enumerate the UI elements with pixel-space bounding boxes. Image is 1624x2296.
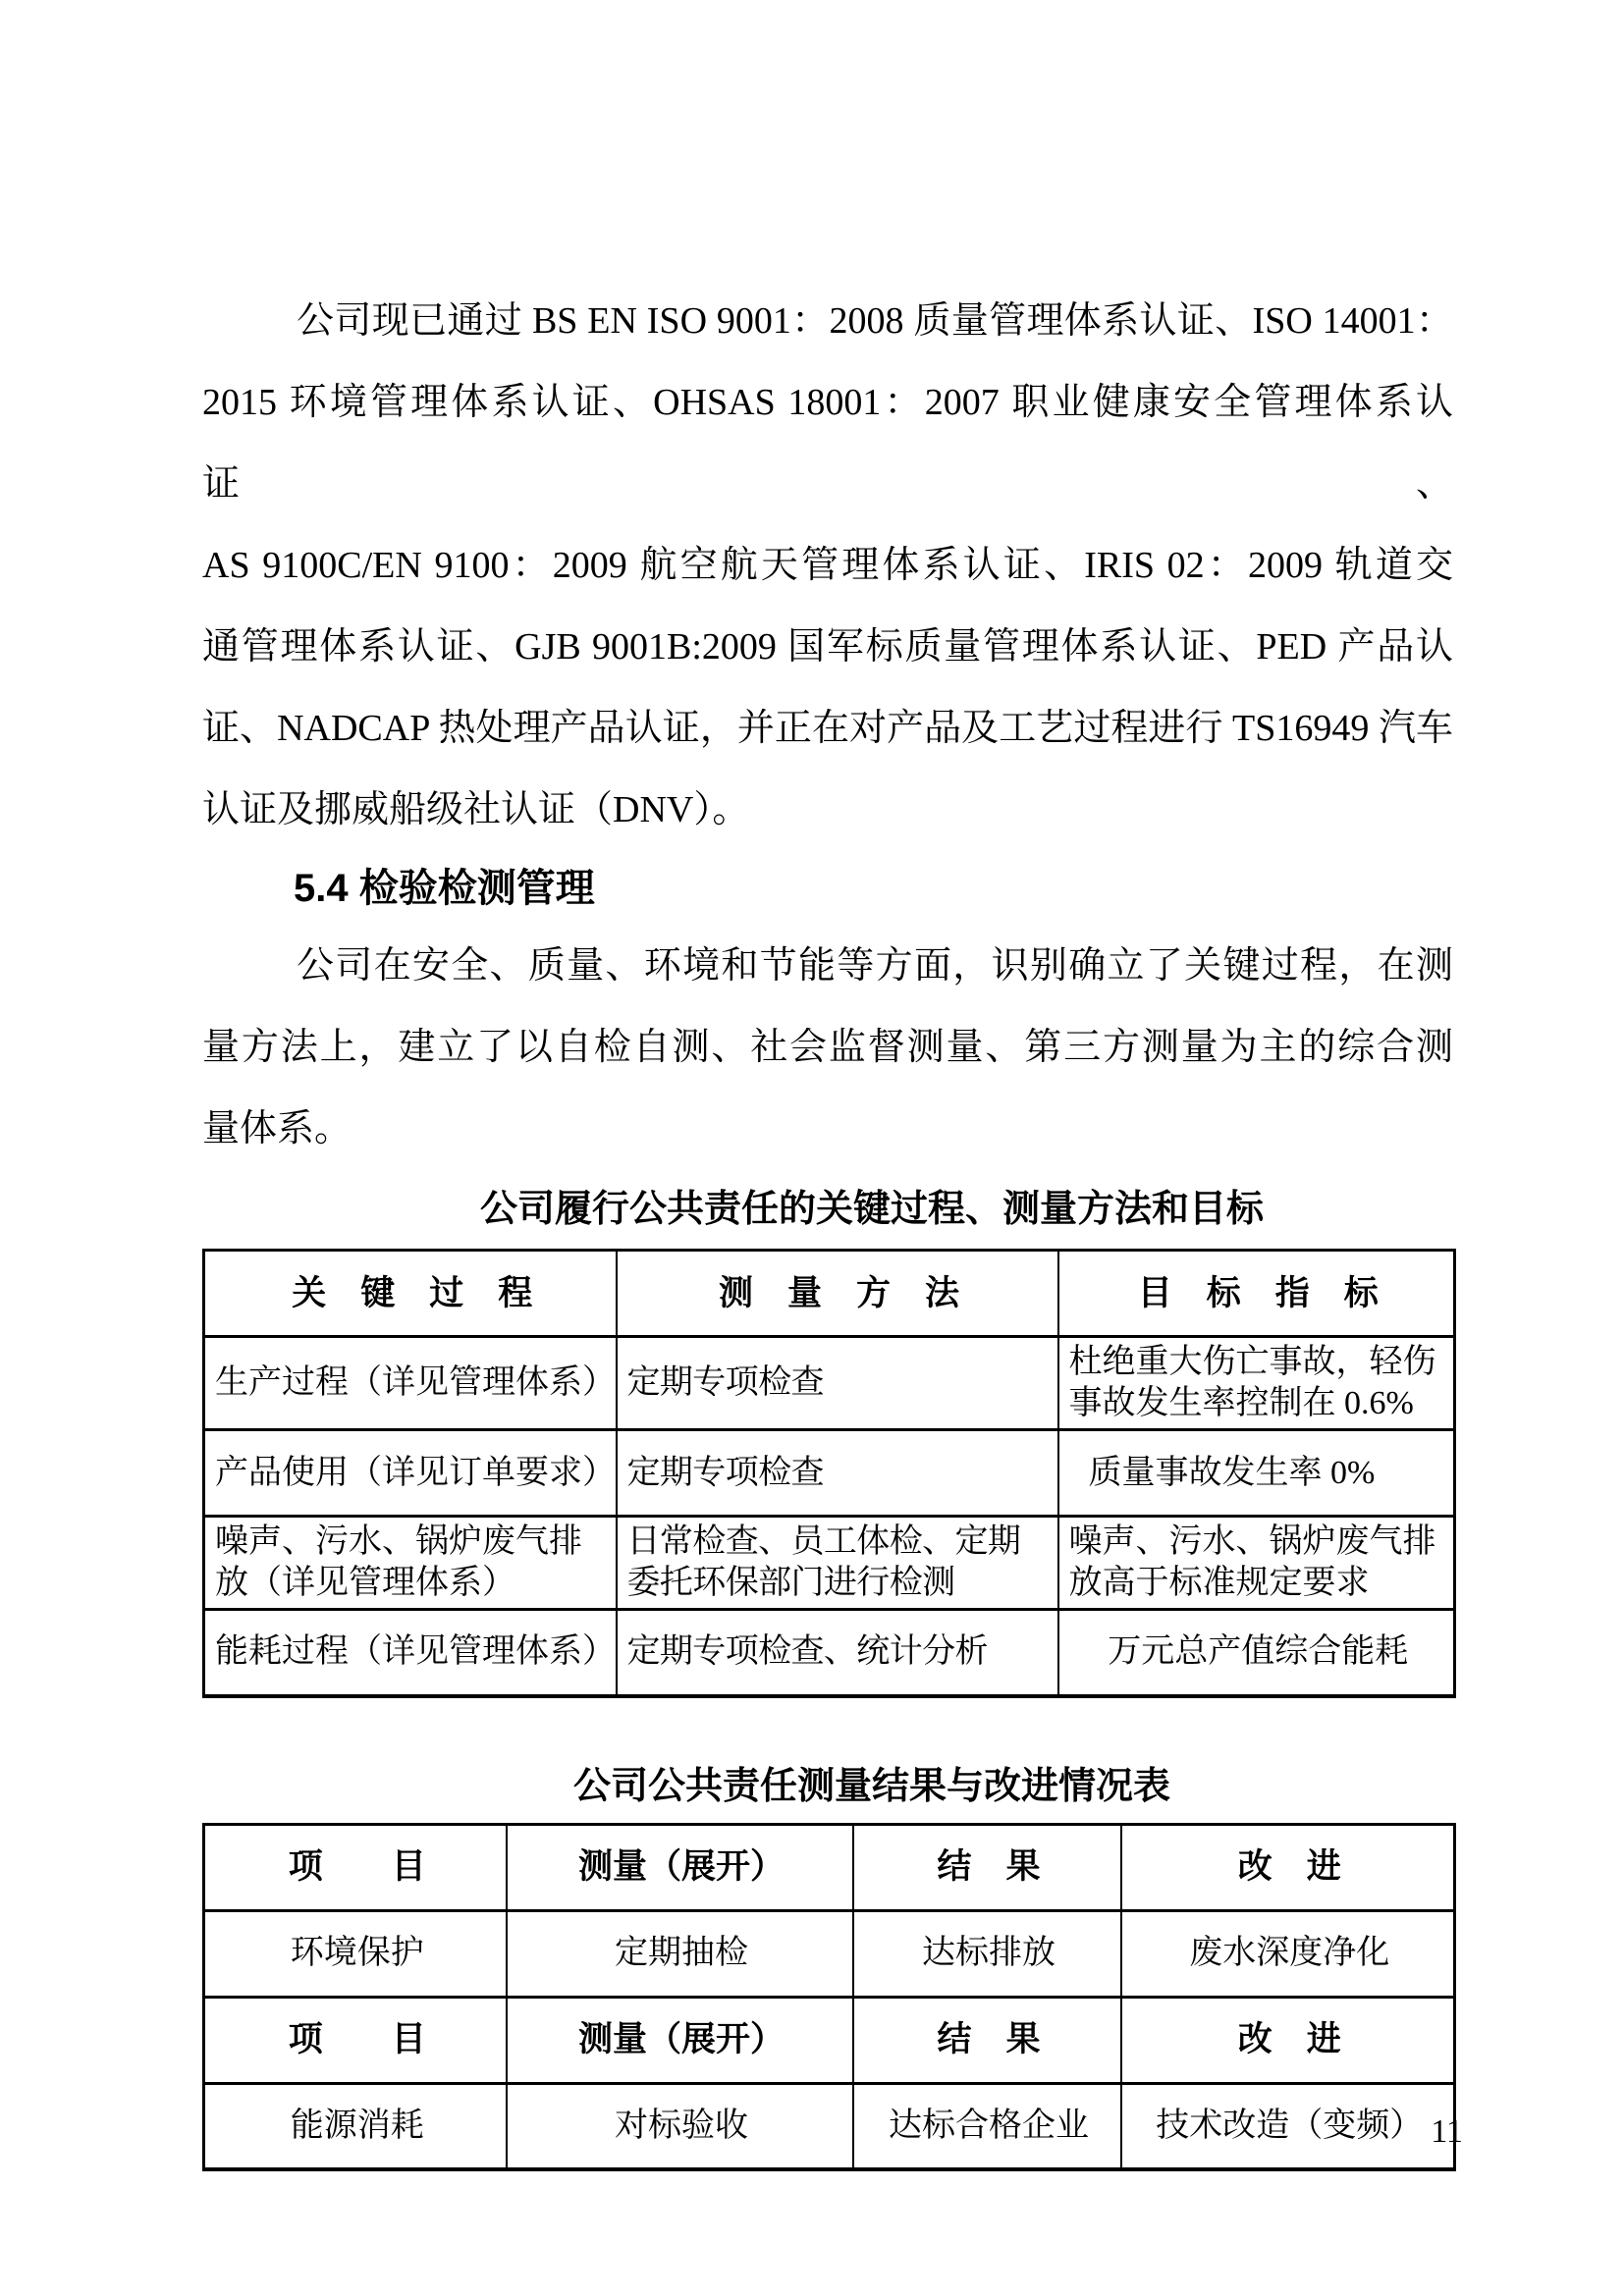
page-content: 公司现已通过 BS EN ISO 9001：2008 质量管理体系认证、ISO … [202, 0, 1453, 2171]
table-row: 生产过程（详见管理体系） 定期专项检查 杜绝重大伤亡事故，轻伤事故发生率控制在 … [204, 1337, 1455, 1430]
table-cell: 噪声、污水、锅炉废气排放（详见管理体系） [204, 1517, 617, 1610]
table-cell: 定期抽检 [507, 1910, 853, 1997]
table-cell: 对标验收 [507, 2083, 853, 2169]
table-header-cell: 测 量 方 法 [617, 1251, 1058, 1337]
table-header-row: 项 目 测量（展开） 结 果 改 进 [204, 1824, 1455, 1910]
paragraph-line: AS 9100C/EN 9100：2009 航空航天管理体系认证、IRIS 02… [202, 525, 1453, 607]
paragraph-line: 认证及挪威船级社认证（DNV）。 [202, 770, 1453, 851]
table-header-cell: 结 果 [853, 1824, 1121, 1910]
table-header-cell: 结 果 [853, 1997, 1121, 2083]
page-number: 11 [1431, 2112, 1463, 2152]
table-measurement-results: 项 目 测量（展开） 结 果 改 进 环境保护 定期抽检 达标排放 废水深度净化… [202, 1823, 1456, 2172]
table-header-row: 项 目 测量（展开） 结 果 改 进 [204, 1997, 1455, 2083]
table-row: 环境保护 定期抽检 达标排放 废水深度净化 [204, 1910, 1455, 1997]
document-page: { "paragraph1": { "lines": [ "公司现已通过 BS … [0, 0, 1624, 2296]
table-cell: 定期专项检查 [617, 1430, 1058, 1517]
table-cell: 技术改造（变频） [1121, 2083, 1455, 2169]
paragraph-line: 证、NADCAP 热处理产品认证，并正在对产品及工艺过程进行 TS16949 汽… [202, 688, 1453, 770]
paragraph-measurement-system: 公司在安全、质量、环境和节能等方面，识别确立了关键过程，在测 量方法上，建立了以… [202, 926, 1453, 1170]
table-cell: 产品使用（详见订单要求） [204, 1430, 617, 1517]
paragraph-line: 2015 环境管理体系认证、OHSAS 18001：2007 职业健康安全管理体… [202, 362, 1453, 525]
paragraph-certifications: 公司现已通过 BS EN ISO 9001：2008 质量管理体系认证、ISO … [202, 0, 1453, 851]
table-cell: 定期专项检查、统计分析 [617, 1610, 1058, 1696]
table-cell: 定期专项检查 [617, 1337, 1058, 1430]
paragraph-line: 量方法上，建立了以自检自测、社会监督测量、第三方测量为主的综合测 [202, 1007, 1453, 1089]
table-cell: 万元总产值综合能耗 [1058, 1610, 1455, 1696]
table-header-cell: 改 进 [1121, 1997, 1455, 2083]
section-heading-5-4: 5.4 检验检测管理 [202, 851, 1453, 926]
table-header-cell: 关 键 过 程 [204, 1251, 617, 1337]
table-header-cell: 项 目 [204, 1997, 507, 2083]
table-cell: 能耗过程（详见管理体系） [204, 1610, 617, 1696]
paragraph-line: 量体系。 [202, 1089, 1453, 1170]
table-row: 能耗过程（详见管理体系） 定期专项检查、统计分析 万元总产值综合能耗 [204, 1610, 1455, 1696]
table-header-cell: 改 进 [1121, 1824, 1455, 1910]
table-cell: 噪声、污水、锅炉废气排放高于标准规定要求 [1058, 1517, 1455, 1610]
table-key-processes: 关 键 过 程 测 量 方 法 目 标 指 标 生产过程（详见管理体系） 定期专… [202, 1249, 1456, 1698]
table2-title: 公司公共责任测量结果与改进情况表 [202, 1764, 1453, 1809]
table-cell: 生产过程（详见管理体系） [204, 1337, 617, 1430]
table-header-cell: 目 标 指 标 [1058, 1251, 1455, 1337]
table-header-row: 关 键 过 程 测 量 方 法 目 标 指 标 [204, 1251, 1455, 1337]
paragraph-line: 通管理体系认证、GJB 9001B:2009 国军标质量管理体系认证、PED 产… [202, 607, 1453, 688]
table-header-cell: 测量（展开） [507, 1824, 853, 1910]
table-cell: 能源消耗 [204, 2083, 507, 2169]
paragraph-line: 公司在安全、质量、环境和节能等方面，识别确立了关键过程，在测 [202, 926, 1453, 1007]
table-row: 产品使用（详见订单要求） 定期专项检查 质量事故发生率 0% [204, 1430, 1455, 1517]
table-cell: 日常检查、员工体检、定期委托环保部门进行检测 [617, 1517, 1058, 1610]
table-header-cell: 项 目 [204, 1824, 507, 1910]
paragraph-line: 公司现已通过 BS EN ISO 9001：2008 质量管理体系认证、ISO … [202, 281, 1453, 362]
table-cell: 质量事故发生率 0% [1058, 1430, 1455, 1517]
table-row: 能源消耗 对标验收 达标合格企业 技术改造（变频） [204, 2083, 1455, 2169]
table-header-cell: 测量（展开） [507, 1997, 853, 2083]
table-cell: 达标排放 [853, 1910, 1121, 1997]
table-row: 噪声、污水、锅炉废气排放（详见管理体系） 日常检查、员工体检、定期委托环保部门进… [204, 1517, 1455, 1610]
table-cell: 达标合格企业 [853, 2083, 1121, 2169]
table-cell: 环境保护 [204, 1910, 507, 1997]
table-cell: 杜绝重大伤亡事故，轻伤事故发生率控制在 0.6% [1058, 1337, 1455, 1430]
table-cell: 废水深度净化 [1121, 1910, 1455, 1997]
table1-title: 公司履行公共责任的关键过程、测量方法和目标 [202, 1187, 1453, 1232]
